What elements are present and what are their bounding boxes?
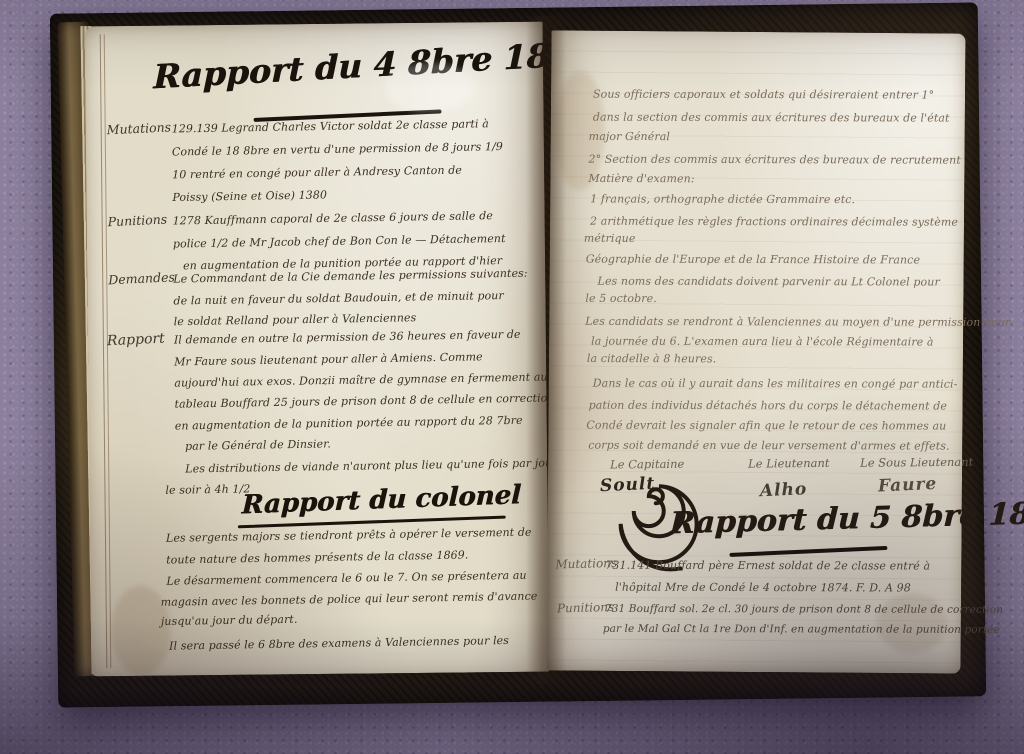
entry-line: dans la section des commis aux écritures… — [593, 111, 950, 125]
entry-line: le soldat Relland pour aller à Valencien… — [174, 311, 417, 328]
entry-line: l'hôpital Mre de Condé le 4 octobre 1874… — [615, 581, 911, 595]
entry-line: 1278 Kauffmann caporal de 2e classe 6 jo… — [173, 209, 493, 227]
left-page: Rapport du 4 8bre 1874 Mutations 129.139… — [85, 22, 550, 677]
right-page: Sous officiers caporaux et soldats qui d… — [546, 30, 965, 673]
entry-line: 731 Bouffard sol. 2e cl. 30 jours de pri… — [605, 603, 1003, 616]
entry-line: Les noms des candidats doivent parvenir … — [598, 275, 940, 289]
signature-role-sous-lieutenant: Le Sous Lieutenant — [860, 455, 973, 470]
entry-line: 129.139 Legrand Charles Victor soldat 2e… — [172, 117, 489, 135]
entry-line: Le désarmement commencera le 6 ou le 7. … — [166, 569, 526, 588]
margin-label-rapport: Rapport — [107, 331, 166, 350]
entry-line: jusqu'au jour du départ. — [161, 613, 298, 628]
entry-line: le soir à 4h 1/2 — [165, 482, 250, 496]
entry-line: Condé devrait les signaler afin que le r… — [586, 419, 946, 433]
entry-line: tableau Bouffard 25 jours de prison dont… — [174, 391, 554, 410]
entry-line: toute nature des hommes présents de la c… — [166, 549, 468, 567]
entry-line: le 5 octobre. — [585, 292, 656, 305]
signature-role-lieutenant: Le Lieutenant — [748, 456, 829, 471]
entry-line: Il demande en outre la permission de 36 … — [174, 328, 521, 347]
entry-line: police 1/2 de Mr Jacob chef de Bon Con l… — [173, 232, 506, 251]
entry-line: Poissy (Seine et Oise) 1380 — [172, 188, 327, 204]
entry-line: par le Mal Gal Ct la 1re Don d'Inf. en a… — [603, 623, 1000, 636]
entry-line: de la nuit en faveur du soldat Baudouin,… — [173, 289, 504, 307]
signature-sous-lieutenant: Faure — [878, 474, 938, 497]
entry-line: par le Général de Dinsier. — [185, 437, 331, 452]
entry-line: Dans le cas où il y aurait dans les mili… — [593, 377, 958, 391]
entry-line: aujourd'hui aux exos. Donzii maître de g… — [174, 370, 547, 389]
entry-line: magasin avec les bonnets de police qui l… — [161, 590, 538, 609]
entry-line: Condé le 18 8bre en vertu d'une permissi… — [172, 140, 503, 158]
photo-of-open-register-book: Rapport du 4 8bre 1874 Mutations 129.139… — [0, 0, 1024, 754]
colonel-report-title: Rapport du colonel — [241, 480, 521, 520]
entry-line: 2 arithmétique les règles fractions ordi… — [590, 215, 958, 229]
entry-line: Les distributions de viande n'auront plu… — [185, 456, 558, 475]
right-title-underline — [729, 546, 887, 557]
entry-line: Il sera passé le 6 8bre des examens à Va… — [169, 634, 509, 653]
entry-line: la citadelle à 8 heures. — [587, 352, 716, 365]
entry-line: Les sergents majors se tiendront prêts à… — [166, 526, 532, 545]
entry-line: corps soit demandé en vue de leur versem… — [588, 439, 949, 453]
margin-label-demandes: Demandes — [108, 269, 175, 287]
entry-line: Matière d'examen: — [588, 172, 694, 185]
signature-lieutenant: Alho — [759, 479, 807, 501]
entry-line: Géographie de l'Europe et de la France H… — [586, 253, 920, 267]
entry-line: 10 rentré en congé pour aller à Andresy … — [172, 164, 462, 182]
entry-line: Les candidats se rendront à Valenciennes… — [585, 315, 1010, 329]
entry-line: la journée du 6. L'examen aura lieu à l'… — [591, 335, 934, 349]
margin-label-punitions: Punitions — [107, 212, 167, 230]
margin-label-mutations: Mutations — [106, 119, 171, 137]
entry-line: en augmentation de la punition portée au… — [175, 414, 523, 433]
entry-line: 731.141 Bouffard père Ernest soldat de 2… — [605, 559, 930, 573]
entry-line: Sous officiers caporaux et soldats qui d… — [593, 88, 934, 102]
entry-line: pation des individus détachés hors du co… — [589, 399, 947, 413]
entry-line: Mr Faure sous lieutenant pour aller à Am… — [174, 350, 483, 368]
entry-line: major Général — [589, 130, 670, 143]
entry-line: 2° Section des commis aux écritures des … — [588, 153, 960, 167]
left-page-title: Rapport du 4 8bre 1874 — [153, 33, 596, 96]
entry-line: 1 français, orthographe dictée Grammaire… — [590, 192, 855, 206]
entry-line: métrique — [584, 232, 636, 245]
